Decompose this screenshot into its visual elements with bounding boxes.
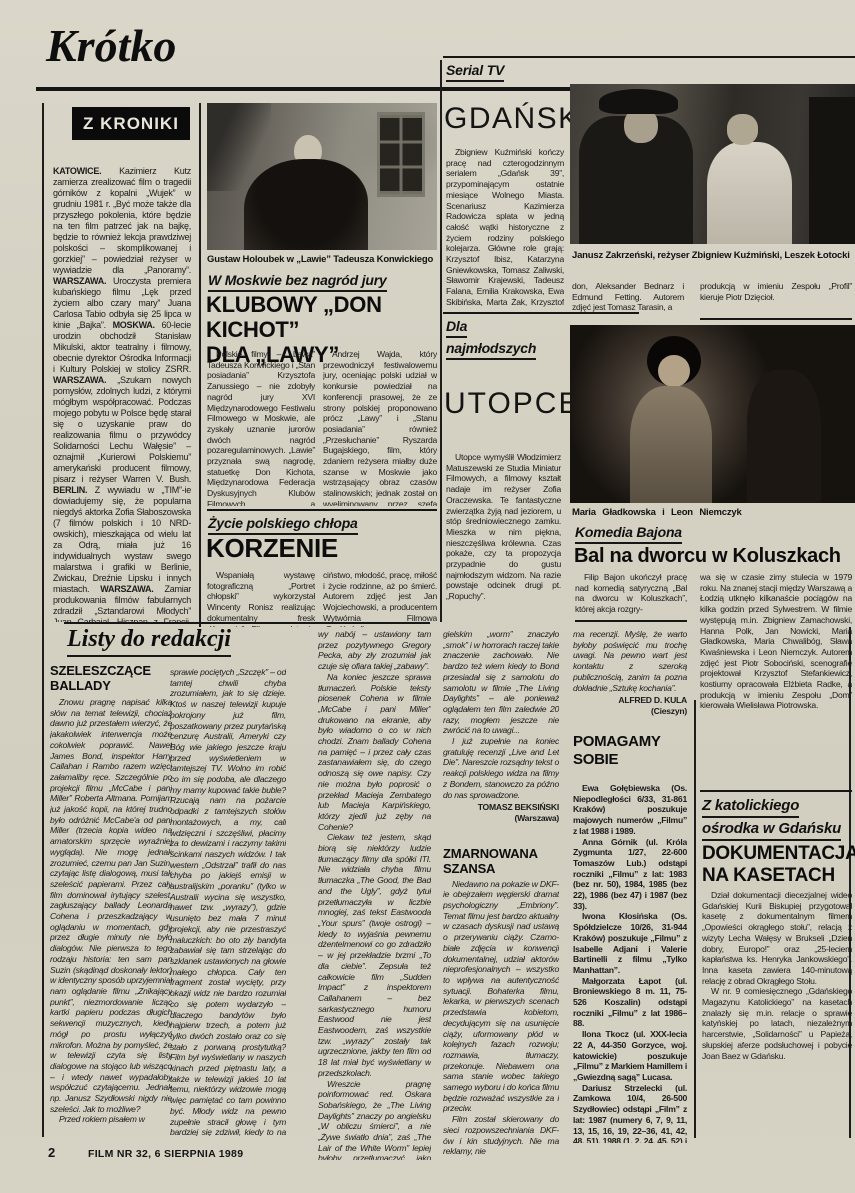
bottom-mid-rule	[694, 700, 696, 1138]
listy-col5-end: ma recenzji. Myślę, że warto byłoby pośw…	[573, 629, 687, 725]
kicker-katolicki: Z katolickiego ośrodka w Gdańsku	[702, 797, 852, 841]
photo-gdansk-caption: Janusz Zakrzeński, reżyser Zbigniew Kuźm…	[572, 250, 855, 276]
second-face-shape	[727, 114, 758, 144]
pomagamy-title: POMAGAMY SOBIE	[573, 733, 687, 769]
kronika-body: KATOWICE. Kazimierz Kutz zamierza zreali…	[53, 166, 191, 622]
kronika-section-label: Z KRONIKI	[72, 107, 190, 140]
listy-top-rule	[64, 622, 430, 624]
utopce-top-rule	[443, 312, 639, 314]
kicker-moskwa-label: W Moskwie bez nagród jury	[208, 272, 387, 292]
letter1-col3-para4: Wreszcie pragnę poinformować red. Oskara…	[318, 1079, 431, 1160]
utopce-body-para: Utopce wymyślił Włodzimierz Matuszewski …	[446, 452, 561, 602]
pomagamy-entry: Ewa Gołębiewska (Os. Niepodległości 6/33…	[573, 783, 687, 837]
left-column-rule	[42, 103, 44, 1137]
gdansk-body: Zbigniew Kuźmiński kończy pracę nad czte…	[446, 147, 564, 310]
serial-top-rule	[443, 56, 855, 58]
gdansk-cont-col2: produkcją w imieniu Zespołu „Profil” kie…	[700, 281, 852, 321]
korzenie-col2: ciństwo, młodość, pracę, miłość i życie …	[323, 570, 437, 627]
photo-lawa-caption: Gustaw Holoubek w „Lawie” Tadeusza Konwi…	[207, 254, 437, 267]
letter1-col3-para1: wy nabój – ustawiony tam przez pozytywne…	[318, 629, 431, 672]
korzenie-col1: Wspaniałą wystawę fotograficzną „Portret…	[207, 570, 315, 627]
pomagamy-block: POMAGAMY SOBIE Ewa Gołębiewska (Os. Niep…	[573, 733, 687, 1143]
actor-robe-shape	[244, 159, 368, 250]
bal-col1: Filip Bajon ukończył pracę nad komedią s…	[575, 572, 687, 618]
kicker-zycie: Życie polskiego chłopa	[208, 515, 358, 535]
letter2-para2: Film został skierowany do sieci rozpowsz…	[443, 1114, 559, 1157]
headline-bal: Bal na dworcu w Koluszkach	[574, 545, 855, 568]
pomagamy-entry: Małgorzata Łapot (ul. Broniewskiego 8 m.…	[573, 976, 687, 1030]
right-figure-shape	[809, 97, 855, 244]
letter3-signature-name: ALFRED D. KULA	[573, 695, 687, 706]
headline-utopce: UTOPCE	[444, 388, 580, 420]
letter1-col4-para2: I już zupełnie na koniec gratuluję recen…	[443, 736, 559, 800]
page-number: 2	[48, 1145, 55, 1160]
kronika-right-rule	[199, 103, 201, 627]
letter2-para1: Niedawno na pokazie w DKF-ie obejrzałem …	[443, 879, 559, 1114]
klubowy-col1-para: Polskie filmy – „Lawa” Tadeusza Konwicki…	[207, 349, 315, 506]
actress-face-shape	[658, 355, 689, 387]
letter1-col3-para3: Ciekaw też jestem, skąd biorą się niektó…	[318, 832, 431, 1078]
listy-col3: wy nabój – ustawiony tam przez pozytywne…	[318, 629, 431, 1160]
headline-dokumentacja-line2: NA KASETACH	[702, 865, 854, 887]
klubowy-col1: Polskie filmy – „Lawa” Tadeusza Konwicki…	[207, 349, 315, 506]
officer-cap-shape	[599, 89, 679, 115]
white-shirt-man-shape	[707, 142, 793, 244]
listy-col1: SZELESZCZĄCE BALLADY Znowu pragnę napisa…	[50, 663, 172, 1136]
window-shape	[377, 112, 424, 197]
klubowy-col2: Andrzej Wajda, który przewodniczył festi…	[323, 349, 437, 506]
dokumentacja-para1: Dział dokumentacji diecezjalnej wideo Gd…	[702, 890, 852, 986]
photo-lawa	[207, 103, 437, 250]
kicker-serial-label: Serial TV	[446, 62, 504, 82]
kicker-zycie-label: Życie polskiego chłopa	[208, 515, 358, 535]
gdansk-body-para: Zbigniew Kuźmiński kończy pracę nad czte…	[446, 147, 564, 310]
letter3-signature-city: (Cieszyn)	[573, 706, 687, 717]
actor-dark-shape	[747, 370, 821, 504]
listy-col4: gielskim „worm” znaczyło „smok” i w horr…	[443, 629, 559, 1160]
letter1-col2-para: sprawie pociętych „Szczęk” – od tamtej c…	[170, 667, 286, 1136]
bal-col1-para: Filip Bajon ukończył pracę nad komedią s…	[575, 572, 687, 615]
letter1-col1-para2: Przed rokiem pisałem w	[50, 1114, 172, 1125]
korzenie-top-rule	[207, 509, 437, 511]
listy-col2: sprawie pociętych „Szczęk” – od tamtej c…	[170, 667, 286, 1136]
kicker-moskwa: W Moskwie bez nagród jury	[208, 272, 387, 292]
headline-dokumentacja: DOKUMENTACJA NA KASETACH	[702, 843, 854, 887]
photo-bal	[570, 325, 855, 503]
letter1-col1-para1: Znowu pragnę napisać kilka słów na temat…	[50, 697, 172, 1114]
dokumentacja-top-rule	[700, 790, 852, 792]
pomagamy-entries: Ewa Gołębiewska (Os. Niepodległości 6/33…	[573, 783, 687, 1143]
kicker-katolicki-line1: Z katolickiego	[702, 798, 799, 818]
kicker-dla-line2: najmłodszych	[446, 340, 536, 360]
photo-bal-caption: Maria Gładkowska i Leon Niemczyk	[572, 507, 855, 519]
letter1-title: SZELESZCZĄCE BALLADY	[50, 663, 172, 693]
pomagamy-entry: Dariusz Strzelecki (ul. Zamkowa 10/4, 26…	[573, 1083, 687, 1143]
headline-korzenie: KORZENIE	[206, 534, 338, 562]
gdansk-cont-col1-para: don, Aleksander Bednarz i Edmund Fetting…	[572, 281, 684, 313]
korzenie-col1-para: Wspaniałą wystawę fotograficzną „Portret…	[207, 570, 315, 627]
headline-dokumentacja-line1: DOKUMENTACJA	[702, 843, 854, 865]
letter2-title: ZMARNOWANA SZANSA	[443, 846, 559, 876]
issue-line: FILM NR 32, 6 SIERPNIA 1989	[88, 1148, 243, 1160]
letter3-end-para: ma recenzji. Myślę, że warto byłoby pośw…	[573, 629, 687, 693]
gdansk-cont-col1: don, Aleksander Bednarz i Edmund Fetting…	[572, 281, 684, 321]
bal-photo-top-rule	[700, 318, 852, 320]
letter1-col4-para1: gielskim „worm” znaczyło „smok” i w horr…	[443, 629, 559, 736]
kicker-katolicki-line2: ośrodka w Gdańsku	[702, 821, 841, 841]
klubowy-col2-para: Andrzej Wajda, który przewodniczył festi…	[323, 349, 437, 506]
kicker-komedia: Komedia Bajona	[575, 524, 682, 544]
kicker-serial: Serial TV	[446, 62, 504, 82]
photo-gdansk	[570, 84, 855, 244]
korzenie-col2-para: ciństwo, młodość, pracę, miłość i życie …	[323, 570, 437, 627]
dokumentacja-body: Dział dokumentacji diecezjalnej wideo Gd…	[702, 890, 852, 1138]
bal-col2-para: wa się w czasie zimy stulecia w 1979 rok…	[700, 572, 852, 711]
bal-col2: wa się w czasie zimy stulecia w 1979 rok…	[700, 572, 852, 784]
headline-klubowy-line1: KLUBOWY „DON KICHOT”	[206, 292, 442, 342]
bal-col1-bottom-rule	[575, 620, 687, 622]
pomagamy-entry: Anna Górnik (ul. Króla Zygmunta 1/27, 22…	[573, 837, 687, 912]
pomagamy-entry: Iwona Kłosińska (Os. Spółdzielcze 10/26,…	[573, 911, 687, 975]
pomagamy-entry: Ilona Tkocz (ul. XXX-lecia 22 A, 44-350 …	[573, 1029, 687, 1083]
gdansk-cont-col2-para: produkcją w imieniu Zespołu „Profil” kie…	[700, 281, 852, 302]
letter1-signature-name: TOMASZ BEKSIŃSKI	[443, 802, 559, 813]
kicker-dla: Dla najmłodszych	[446, 318, 576, 360]
utopce-body: Utopce wymyślił Włodzimierz Matuszewski …	[446, 452, 561, 620]
newspaper-page: Krótko Z KRONIKI KATOWICE. Kazimierz Kut…	[0, 0, 855, 1193]
listy-section-title: Listy do redakcji	[67, 626, 231, 657]
letter1-signature-city: (Warszawa)	[443, 813, 559, 824]
page-title: Krótko	[46, 20, 176, 72]
letter1-col3-para2: Na koniec jeszcze sprawa tłumaczeń. Pols…	[318, 672, 431, 833]
kicker-komedia-label: Komedia Bajona	[575, 524, 682, 544]
actress-dress-shape	[630, 386, 713, 503]
kicker-dla-line1: Dla	[446, 318, 467, 338]
dokumentacja-para2: W nr. 9 comiesięcznego „Gdańskiego Magaz…	[702, 986, 852, 1061]
